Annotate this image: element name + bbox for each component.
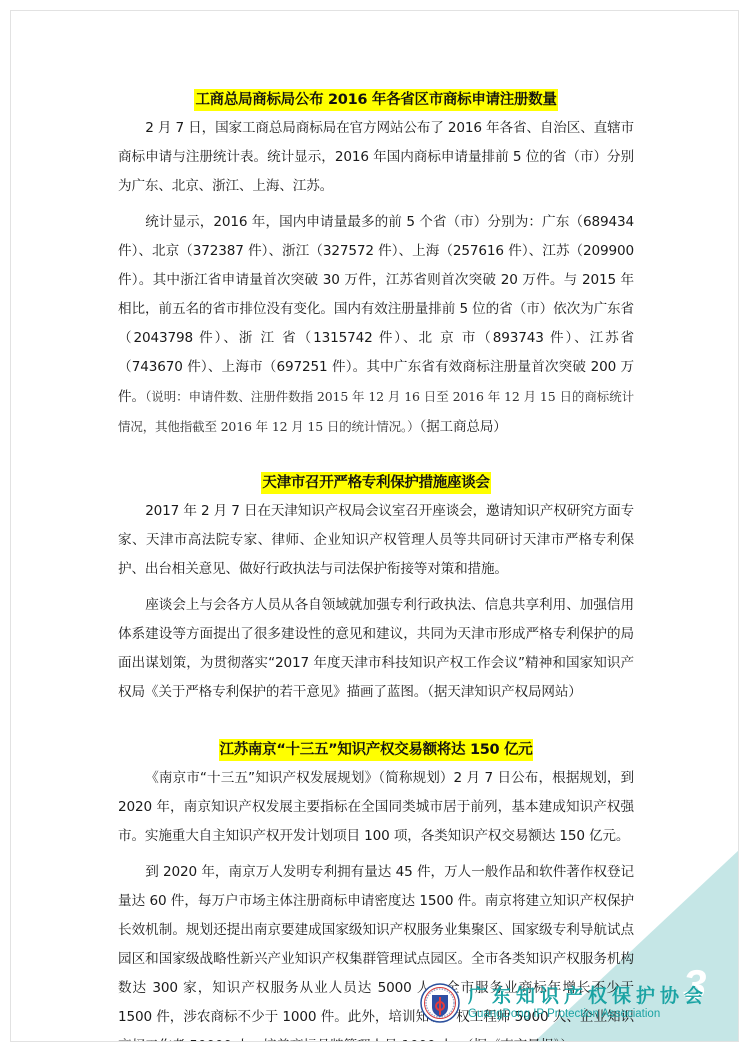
source-credit: （据工商总局） bbox=[419, 419, 506, 435]
article-trademark-statistics: 工商总局商标局公布 2016 年各省区市商标申请注册数量 2 月 7 日，国家工… bbox=[118, 88, 634, 442]
article-paragraph: 2017 年 2 月 7 日在天津知识产权局会议室召开座谈会，邀请知识产权研究方… bbox=[118, 497, 634, 584]
article-paragraph: 统计显示，2016 年，国内申请量最多的前 5 个省（市）分别为：广东（6894… bbox=[118, 208, 634, 442]
org-name-cn: 广东知识产权保护协会 bbox=[468, 981, 708, 1008]
org-name-en: GuangDong IP Protection Association bbox=[468, 1008, 660, 1020]
explanatory-note: （说明：申请件数、注册件数指 2015 年 12 月 16 日至 2016 年 … bbox=[118, 389, 634, 434]
association-logo: 广东知识产权保护协会 GuangDong IP Protection Assoc… bbox=[410, 975, 670, 1035]
article-tianjin-patent-forum: 天津市召开严格专利保护措施座谈会 2017 年 2 月 7 日在天津知识产权局会… bbox=[118, 471, 634, 707]
article-column: 工商总局商标局公布 2016 年各省区市商标申请注册数量 2 月 7 日，国家工… bbox=[118, 88, 634, 1042]
article-title: 工商总局商标局公布 2016 年各省区市商标申请注册数量 bbox=[194, 89, 557, 111]
article-title: 江苏南京“十三五”知识产权交易额将达 150 亿元 bbox=[219, 739, 534, 761]
article-title: 天津市召开严格专利保护措施座谈会 bbox=[261, 472, 490, 494]
association-emblem-icon bbox=[420, 983, 460, 1023]
article-paragraph: 座谈会上与会各方人员从各自领域就加强专利行政执法、信息共享利用、加强信用体系建设… bbox=[118, 591, 634, 707]
paragraph-text: 统计显示，2016 年，国内申请量最多的前 5 个省（市）分别为：广东（6894… bbox=[118, 214, 634, 405]
document-page: 工商总局商标局公布 2016 年各省区市商标申请注册数量 2 月 7 日，国家工… bbox=[10, 10, 739, 1042]
article-paragraph: 2 月 7 日，国家工商总局商标局在官方网站公布了 2016 年各省、自治区、直… bbox=[118, 114, 634, 201]
article-paragraph: 《南京市“十三五”知识产权发展规划》（简称规划）2 月 7 日公布，根据规划，到… bbox=[118, 764, 634, 851]
